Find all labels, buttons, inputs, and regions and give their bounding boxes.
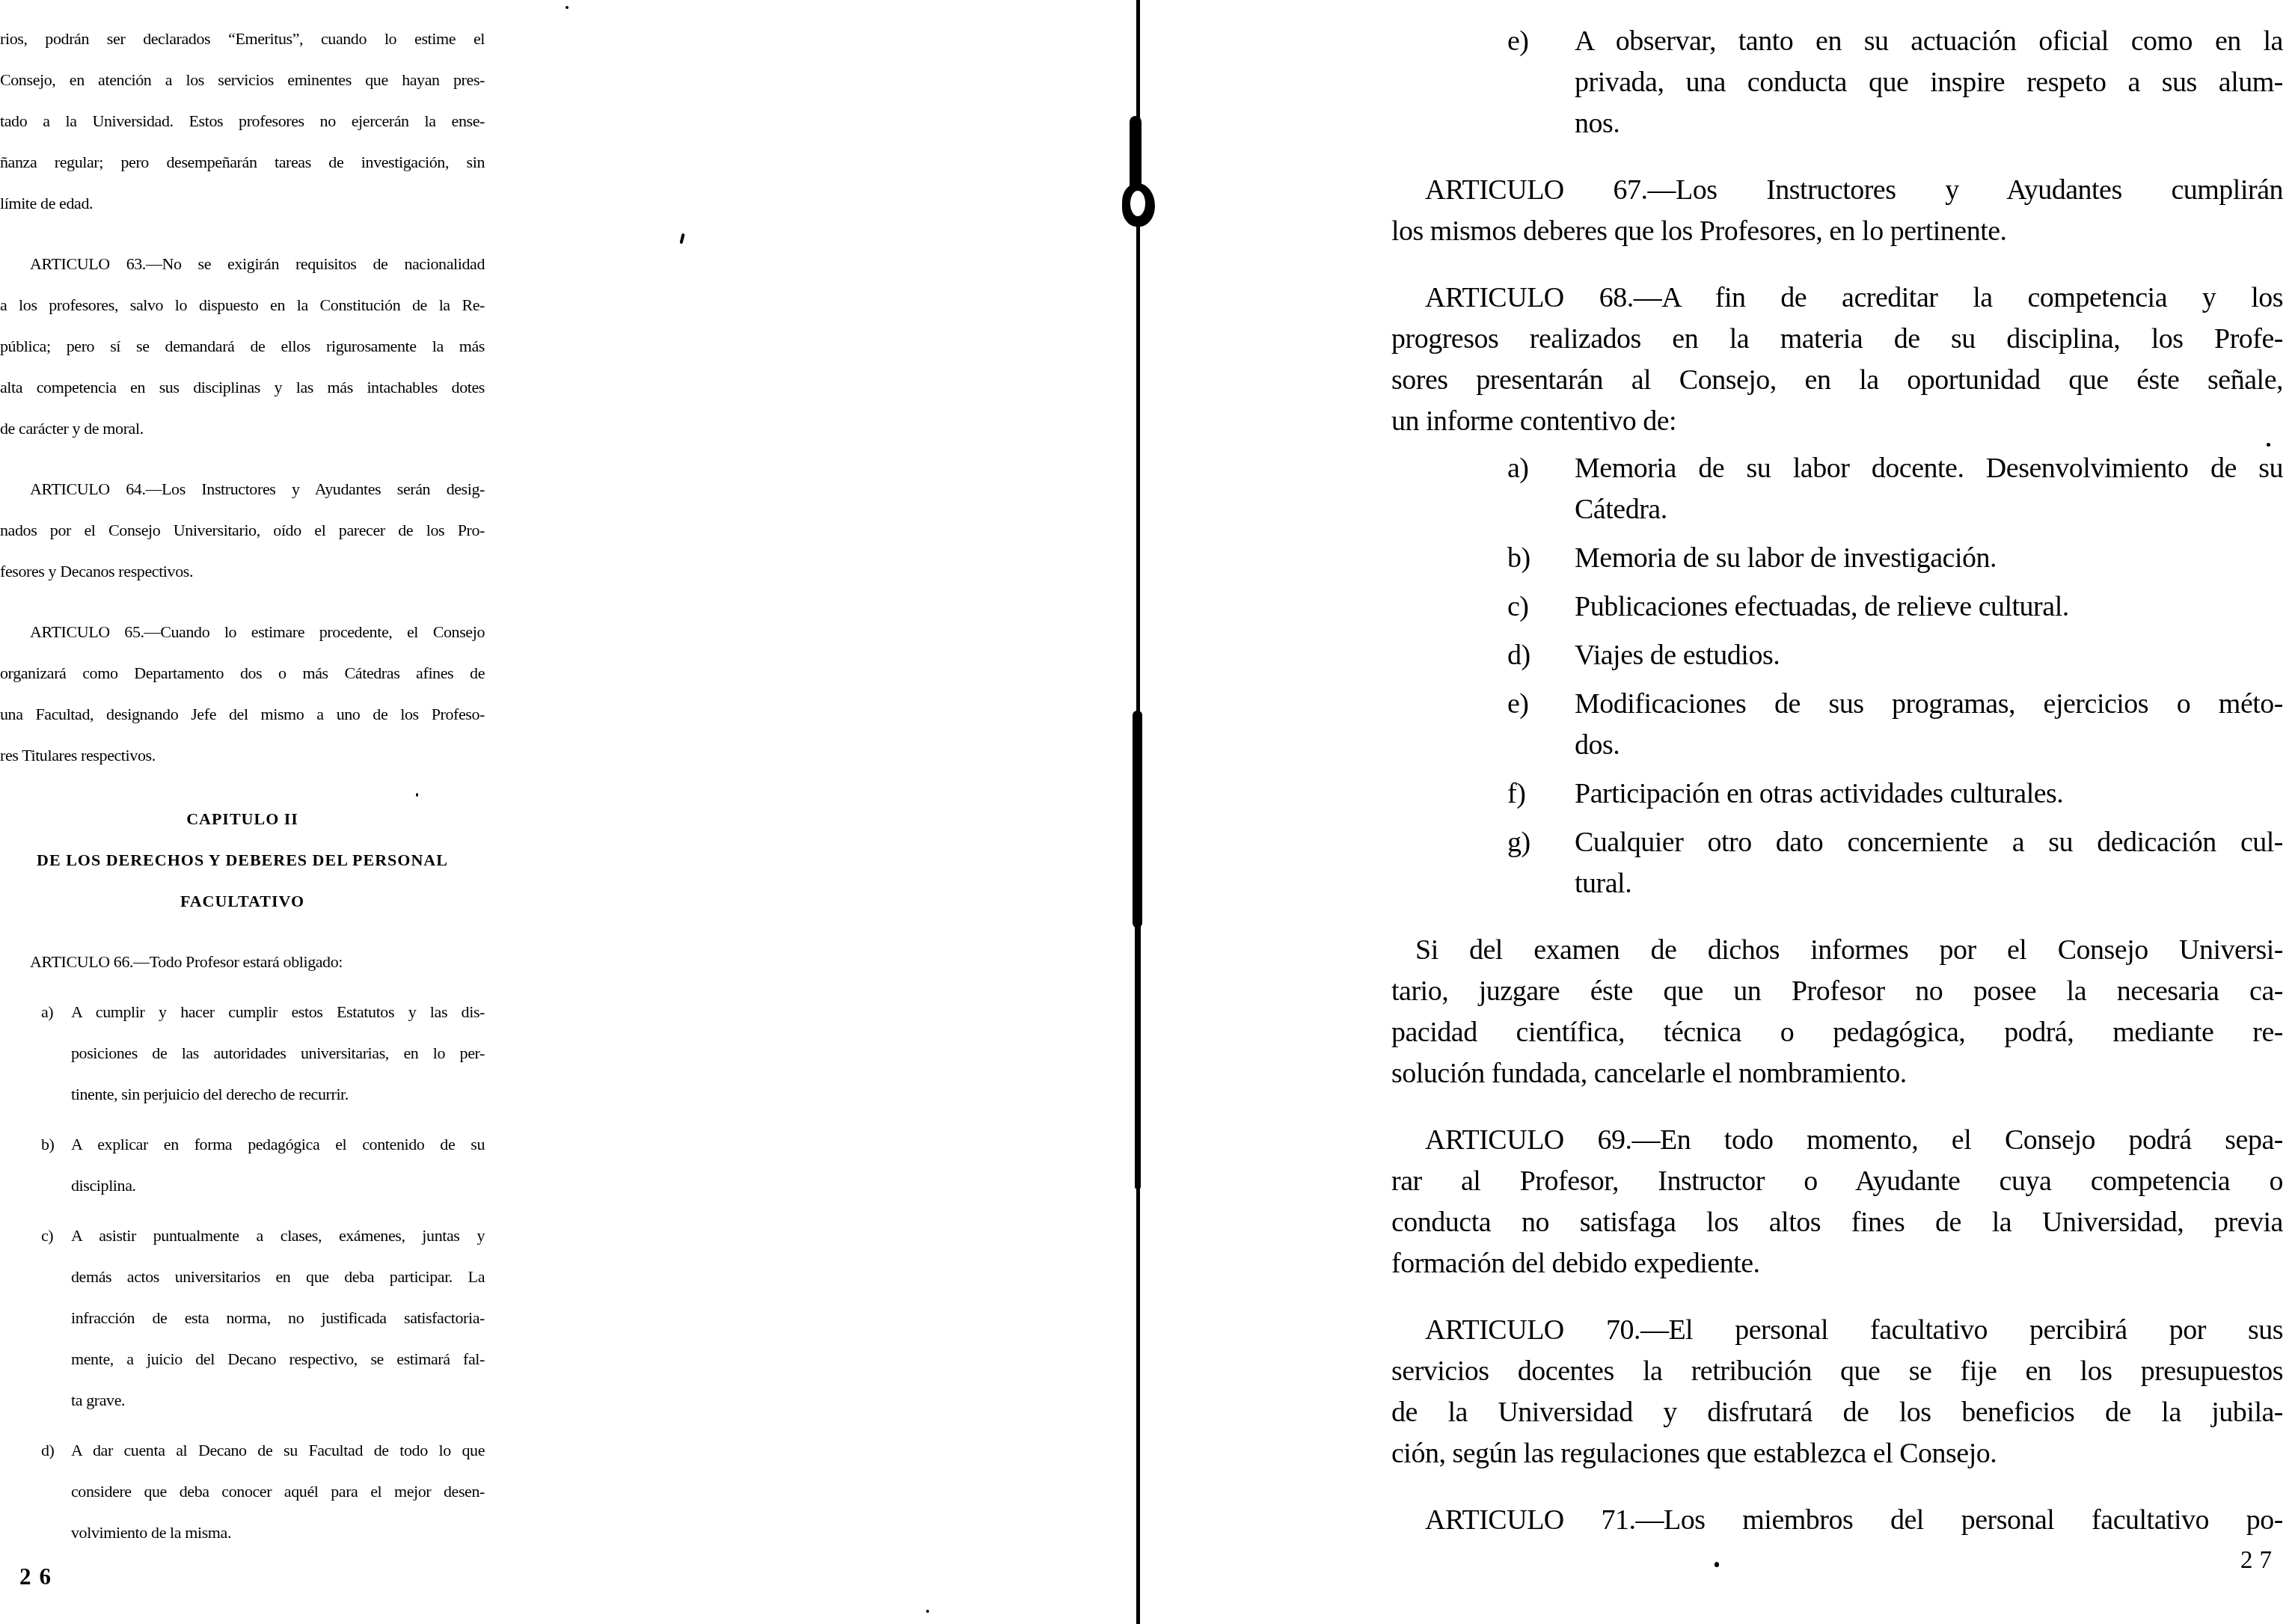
- text-line: Cátedra.: [1575, 489, 2283, 530]
- text-line: de carácter y de moral.: [0, 408, 485, 449]
- list-marker: c): [41, 1215, 53, 1256]
- text-line: tinente, sin perjuicio del derecho de re…: [71, 1073, 485, 1115]
- text-line: ARTICULO 68.—A fin de acreditar la compe…: [1391, 278, 2283, 319]
- text-line: res Titulares respectivos.: [0, 735, 485, 776]
- list-item: b)A explicar en forma pedagógica el cont…: [0, 1124, 485, 1206]
- text-line: Modificaciones de sus programas, ejercic…: [1575, 684, 2283, 725]
- ink-speck: [1715, 1562, 1719, 1567]
- text-line: tural.: [1575, 863, 2283, 904]
- paragraph: ARTICULO 70.—El personal facultativo per…: [1391, 1310, 2283, 1474]
- text-line: tado a la Universidad. Estos profesores …: [0, 100, 485, 141]
- text-line: FACULTATIVO: [0, 880, 485, 922]
- list-marker: e): [1507, 21, 1529, 62]
- text-line: un informe contentivo de:: [1391, 401, 2283, 442]
- text-line: Si del examen de dichos informes por el …: [1391, 930, 2283, 971]
- list-marker: f): [1507, 773, 1525, 815]
- list-marker: b): [41, 1124, 55, 1165]
- ink-speck: [926, 1610, 929, 1613]
- page-number-left: 26: [19, 1563, 59, 1590]
- text-line: dos.: [1575, 725, 2283, 766]
- text-line: A observar, tanto en su actuación oficia…: [1575, 21, 2283, 62]
- text-line: rar al Profesor, Instructor o Ayudante c…: [1391, 1161, 2283, 1202]
- text-line: pacidad científica, técnica o pedagógica…: [1391, 1012, 2283, 1053]
- text-line: ARTICULO 70.—El personal facultativo per…: [1391, 1310, 2283, 1351]
- text-line: tario, juzgare éste que un Profesor no p…: [1391, 971, 2283, 1012]
- text-line: nos.: [1575, 103, 2283, 144]
- text-line: Participación en otras actividades cultu…: [1575, 773, 2283, 815]
- list-marker: a): [41, 991, 53, 1032]
- text-line: ta grave.: [71, 1379, 485, 1421]
- text-line: ARTICULO 67.—Los Instructores y Ayudante…: [1391, 170, 2283, 211]
- paragraph: ARTICULO 71.—Los miembros del personal f…: [1391, 1500, 2283, 1541]
- text-line: servicios docentes la retribución que se…: [1391, 1351, 2283, 1392]
- text-line: ARTICULO 64.—Los Instructores y Ayudante…: [0, 468, 485, 509]
- text-line: DE LOS DERECHOS Y DEBERES DEL PERSONAL: [0, 839, 485, 880]
- text-line: progresos realizados en la materia de su…: [1391, 319, 2283, 360]
- text-line: alta competencia en sus disciplinas y la…: [0, 367, 485, 408]
- paragraph: ARTICULO 68.—A fin de acreditar la compe…: [1391, 278, 2283, 442]
- list-marker: a): [1507, 448, 1529, 489]
- text-line: infracción de esta norma, no justificada…: [71, 1297, 485, 1338]
- text-line: volvimiento de la misma.: [71, 1512, 485, 1553]
- text-line: privada, una conducta que inspire respet…: [1575, 62, 2283, 103]
- text-line: nados por el Consejo Universitario, oído…: [0, 509, 485, 551]
- text-line: demás actos universitarios en que deba p…: [71, 1256, 485, 1297]
- list-marker: d): [1507, 635, 1530, 676]
- text-line: ARTICULO 63.—No se exigirán requisitos d…: [0, 243, 485, 284]
- text-line: considere que deba conocer aquél para el…: [71, 1471, 485, 1512]
- ink-blob-loop-hole: [1130, 191, 1145, 216]
- text-line: A asistir puntualmente a clases, exámene…: [71, 1215, 485, 1256]
- list-item: a)A cumplir y hacer cumplir estos Estatu…: [0, 991, 485, 1115]
- text-line: CAPITULO II: [0, 798, 485, 839]
- ink-smudge: [1133, 711, 1142, 928]
- text-line: a los profesores, salvo lo dispuesto en …: [0, 284, 485, 325]
- text-line: Memoria de su labor de investigación.: [1575, 538, 2283, 579]
- text-line: sores presentarán al Consejo, en la opor…: [1391, 360, 2283, 401]
- text-line: posiciones de las autoridades universita…: [71, 1032, 485, 1073]
- right-page: e)A observar, tanto en su actuación ofic…: [1391, 15, 2283, 1541]
- list-marker: e): [1507, 684, 1529, 725]
- paragraph: ARTICULO 69.—En todo momento, el Consejo…: [1391, 1120, 2283, 1284]
- text-line: disciplina.: [71, 1165, 485, 1206]
- paragraph: ARTICULO 66.—Todo Profesor estará obliga…: [0, 941, 485, 982]
- text-line: ARTICULO 71.—Los miembros del personal f…: [1391, 1500, 2283, 1541]
- text-line: A dar cuenta al Decano de su Facultad de…: [71, 1430, 485, 1471]
- text-line: ARTICULO 66.—Todo Profesor estará obliga…: [0, 941, 485, 982]
- list-item: c)Publicaciones efectuadas, de relieve c…: [1391, 586, 2283, 628]
- list-marker: c): [1507, 586, 1529, 628]
- lettered-list: e)A observar, tanto en su actuación ofic…: [1391, 21, 2283, 144]
- text-line: conducta no satisfaga los altos fines de…: [1391, 1202, 2283, 1243]
- text-line: pública; pero sí se demandará de ellos r…: [0, 325, 485, 367]
- text-line: ción, según las regulaciones que estable…: [1391, 1433, 2283, 1474]
- left-page: rios, podrán ser declarados “Emeritus”, …: [0, 18, 485, 1553]
- text-line: rios, podrán ser declarados “Emeritus”, …: [0, 18, 485, 59]
- paragraph: Si del examen de dichos informes por el …: [1391, 930, 2283, 1094]
- ink-speck: [566, 6, 569, 9]
- text-line: mente, a juicio del Decano respectivo, s…: [71, 1338, 485, 1379]
- ink-speck: [679, 233, 684, 245]
- text-line: los mismos deberes que los Profesores, e…: [1391, 211, 2283, 252]
- text-line: Viajes de estudios.: [1575, 635, 2283, 676]
- text-line: organizará como Departamento dos o más C…: [0, 652, 485, 693]
- text-line: de la Universidad y disfrutará de los be…: [1391, 1392, 2283, 1433]
- ink-speck: [2267, 443, 2270, 447]
- text-line: ARTICULO 69.—En todo momento, el Consejo…: [1391, 1120, 2283, 1161]
- list-marker: b): [1507, 538, 1530, 579]
- text-line: Cualquier otro dato concerniente a su de…: [1575, 822, 2283, 863]
- lettered-list: a)Memoria de su labor docente. Desenvolv…: [1391, 448, 2283, 904]
- book-spread: rios, podrán ser declarados “Emeritus”, …: [0, 0, 2292, 1624]
- list-item: g)Cualquier otro dato concerniente a su …: [1391, 822, 2283, 904]
- list-item: c)A asistir puntualmente a clases, exáme…: [0, 1215, 485, 1421]
- page-number-right: 27: [2240, 1547, 2279, 1575]
- lettered-list: a)A cumplir y hacer cumplir estos Estatu…: [0, 991, 485, 1553]
- list-item: f)Participación en otras actividades cul…: [1391, 773, 2283, 815]
- list-item: d)Viajes de estudios.: [1391, 635, 2283, 676]
- text-line: límite de edad.: [0, 183, 485, 224]
- list-item: a)Memoria de su labor docente. Desenvolv…: [1391, 448, 2283, 530]
- text-line: Publicaciones efectuadas, de relieve cul…: [1575, 586, 2283, 628]
- text-line: ARTICULO 65.—Cuando lo estimare proceden…: [0, 611, 485, 652]
- paragraph: rios, podrán ser declarados “Emeritus”, …: [0, 18, 485, 224]
- ink-speck: [416, 793, 418, 797]
- list-item: b)Memoria de su labor de investigación.: [1391, 538, 2283, 579]
- text-line: Memoria de su labor docente. Desenvolvim…: [1575, 448, 2283, 489]
- list-item: e)A observar, tanto en su actuación ofic…: [1391, 21, 2283, 144]
- text-line: ñanza regular; pero desempeñarán tareas …: [0, 141, 485, 183]
- text-line: una Facultad, designando Jefe del mismo …: [0, 693, 485, 735]
- ink-smudge-taper: [1135, 920, 1141, 1189]
- paragraph: ARTICULO 64.—Los Instructores y Ayudante…: [0, 468, 485, 592]
- paragraph: ARTICULO 65.—Cuando lo estimare proceden…: [0, 611, 485, 776]
- text-line: fesores y Decanos respectivos.: [0, 551, 485, 592]
- paragraph: ARTICULO 67.—Los Instructores y Ayudante…: [1391, 170, 2283, 252]
- list-item: e)Modificaciones de sus programas, ejerc…: [1391, 684, 2283, 766]
- text-line: formación del debido expediente.: [1391, 1243, 2283, 1284]
- list-marker: d): [41, 1430, 55, 1471]
- paragraph: ARTICULO 63.—No se exigirán requisitos d…: [0, 243, 485, 449]
- text-line: A explicar en forma pedagógica el conten…: [71, 1124, 485, 1165]
- list-item: d)A dar cuenta al Decano de su Facultad …: [0, 1430, 485, 1553]
- text-line: Consejo, en atención a los servicios emi…: [0, 59, 485, 100]
- text-line: A cumplir y hacer cumplir estos Estatuto…: [71, 991, 485, 1032]
- list-marker: g): [1507, 822, 1530, 863]
- chapter-heading: CAPITULO IIDE LOS DERECHOS Y DEBERES DEL…: [0, 798, 485, 922]
- text-line: solución fundada, cancelarle el nombrami…: [1391, 1053, 2283, 1094]
